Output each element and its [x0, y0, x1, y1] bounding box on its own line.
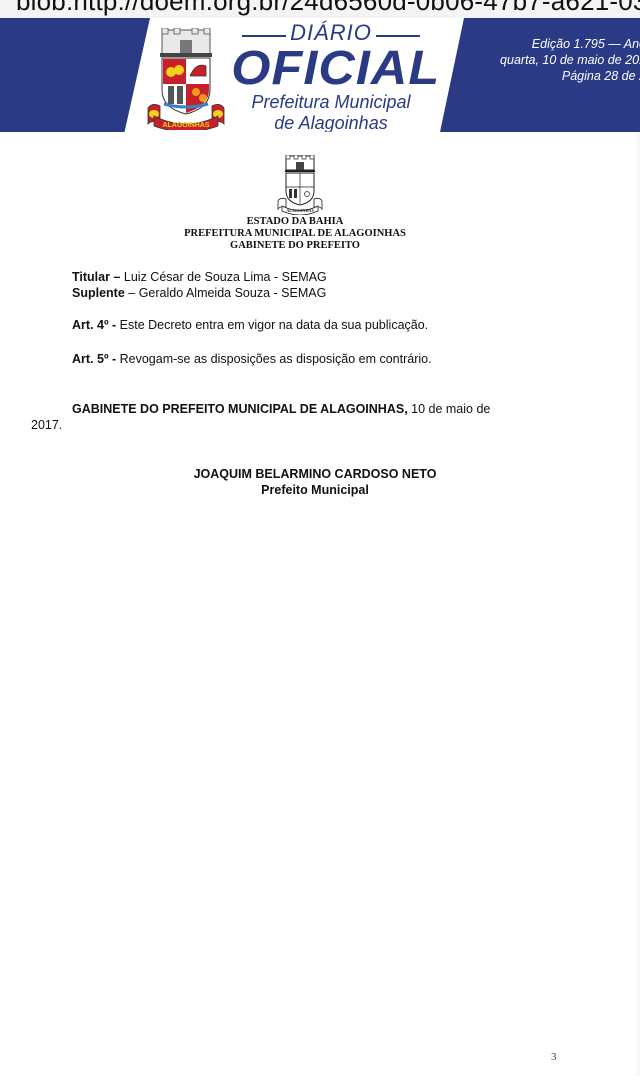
- svg-text:ALAGOINHAS: ALAGOINHAS: [286, 208, 314, 213]
- page-edge-shadow: [634, 132, 640, 1076]
- document-coat-of-arms-icon: ALAGOINHAS: [276, 155, 324, 215]
- article-4: Art. 4º - Este Decreto entra em vigor na…: [72, 318, 428, 333]
- header-prefecture: PREFEITURA MUNICIPAL DE ALAGOINHAS: [0, 228, 590, 240]
- diario-oficial-banner: ALAGOINHAS DIÁRIO OFICIAL Prefeitura Mun…: [0, 18, 640, 132]
- signatory-name: JOAQUIM BELARMINO CARDOSO NETO: [0, 466, 630, 482]
- article-5: Art. 5º - Revogam-se as disposições as d…: [72, 352, 432, 367]
- header-cabinet: GABINETE DO PREFEITO: [0, 240, 590, 252]
- title-oficial: OFICIAL: [231, 46, 431, 92]
- title-subtitle-line2: de Alagoinhas: [236, 113, 426, 132]
- alagoinhas-coat-of-arms-icon: ALAGOINHAS: [146, 28, 226, 130]
- signatory-title: Prefeito Municipal: [0, 482, 630, 498]
- document-header: ESTADO DA BAHIA PREFEITURA MUNICIPAL DE …: [0, 216, 590, 252]
- signature-block: JOAQUIM BELARMINO CARDOSO NETO Prefeito …: [0, 466, 630, 498]
- closing-year: 2017.: [31, 418, 62, 433]
- edition-number: Edição 1.795 — Ano: [456, 36, 640, 52]
- edition-info: Edição 1.795 — Ano quarta, 10 de maio de…: [456, 36, 640, 84]
- banner-right-panel: Edição 1.795 — Ano quarta, 10 de maio de…: [440, 18, 640, 132]
- banner-title: DIÁRIO OFICIAL Prefeitura Municipal de A…: [236, 20, 426, 132]
- title-rule-right: [376, 35, 420, 37]
- svg-text:ALAGOINHAS: ALAGOINHAS: [162, 122, 209, 129]
- title-subtitle-line1: Prefeitura Municipal: [236, 92, 426, 113]
- header-state: ESTADO DA BAHIA: [0, 216, 590, 228]
- url-text[interactable]: blob:http://doem.org.br/24d6560d-0b06-47…: [16, 0, 640, 17]
- banner-left-panel: [0, 18, 150, 132]
- member-titular: Titular – Luiz César de Souza Lima - SEM…: [72, 270, 327, 285]
- edition-page: Página 28 de 2: [456, 68, 640, 84]
- page-number: 3: [551, 1051, 557, 1063]
- edition-date: quarta, 10 de maio de 201: [456, 52, 640, 68]
- title-rule-left: [242, 35, 286, 37]
- closing-line: GABINETE DO PREFEITO MUNICIPAL DE ALAGOI…: [72, 402, 490, 417]
- url-bar[interactable]: blob:http://doem.org.br/24d6560d-0b06-47…: [0, 0, 640, 19]
- member-suplente: Suplente – Geraldo Almeida Souza - SEMAG: [72, 286, 326, 301]
